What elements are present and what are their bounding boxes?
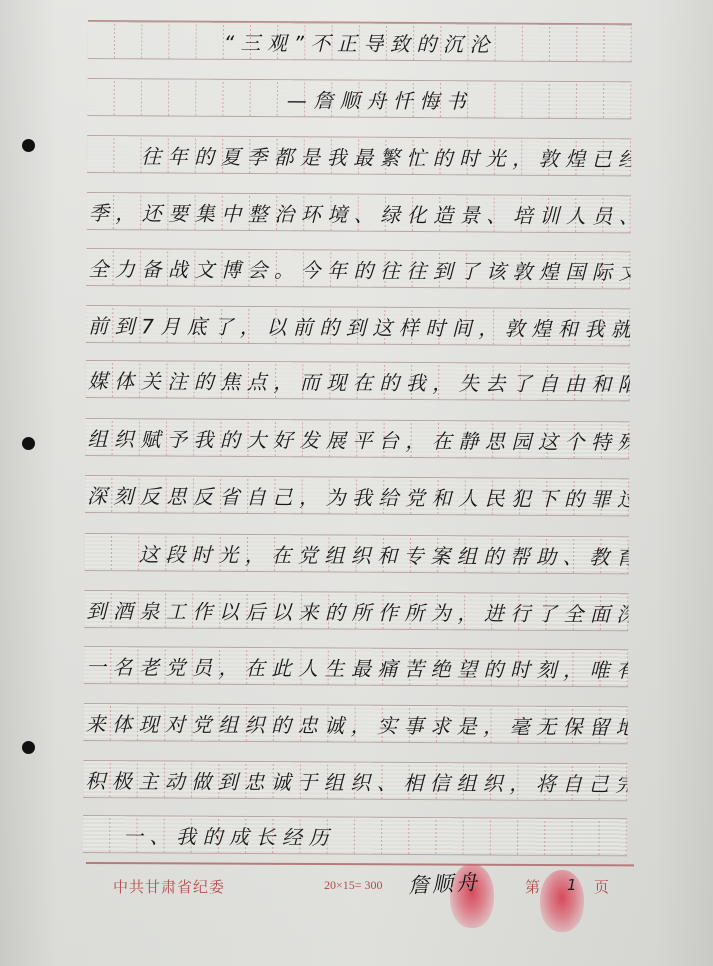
paragraph-line: 全力备战文博会。今年的往往到了该敦煌国际文化博览会提 [86, 249, 630, 288]
binder-hole-icon [22, 139, 35, 152]
grid-spec-label: 20×15= 300 [324, 878, 383, 893]
document-title: “三观”不正导致的沉沦 [88, 22, 632, 61]
author-line: —詹顺舟忏悔书 [87, 79, 631, 118]
grid-row: 到酒泉工作以后以来的所作所为，进行了全面深刻的反省。作为 [84, 590, 628, 631]
page-label-prefix: 第 [525, 876, 540, 897]
section-heading: 一、我的成长经历 [83, 816, 627, 855]
page-label-suffix: 页 [594, 876, 609, 897]
paragraph-line: 来体现对党组织的忠诚，实事求是，毫无保留地认错悔罪， [84, 704, 628, 743]
binder-hole-icon [22, 437, 35, 450]
manuscript-grid: “三观”不正导致的沉沦 —詹顺舟忏悔书 往年的夏季都是我最繁忙的时光，敦煌已经旅… [83, 20, 632, 865]
grid-row: 一名老党员，在此人生最痛苦绝望的时刻，唯有以自己的坦诚 [84, 646, 628, 687]
paragraph-line: 深刻反思反省自己，为我给党和人民犯下的罪过而忏悔！ [85, 476, 629, 515]
paragraph-line: 往年的夏季都是我最繁忙的时光，敦煌已经旅游旺 [87, 136, 631, 175]
grid-row: 这段时光，在党组织和专案组的帮助、教育下，我对自己 [85, 533, 629, 574]
paragraph-line: 一名老党员，在此人生最痛苦绝望的时刻，唯有以自己的坦诚 [84, 647, 628, 686]
grid-row: 全力备战文博会。今年的往往到了该敦煌国际文化博览会提 [86, 248, 630, 289]
handwritten-signature: 詹顺舟 [407, 866, 480, 900]
grid-row: 媒体关注的焦点，而现在的我，失去了自由和阳光，失去了 [86, 360, 630, 401]
grid-row-author: —詹顺舟忏悔书 [87, 78, 631, 119]
grid-row-section-heading: 一、我的成长经历 [83, 815, 627, 856]
paragraph-line: 媒体关注的焦点，而现在的我，失去了自由和阳光，失去了 [86, 361, 630, 400]
organization-label: 中共甘肃省纪委 [113, 876, 225, 897]
paragraph-line: 这段时光，在党组织和专案组的帮助、教育下，我对自己 [85, 534, 629, 573]
grid-row: 来体现对党组织的忠诚，实事求是，毫无保留地认错悔罪， [84, 703, 628, 744]
grid-row: 深刻反思反省自己，为我给党和人民犯下的罪过而忏悔！ [85, 475, 629, 516]
grid-row: 季，还要集中整治环境、绿化造景、培训人员、协助布展， [87, 192, 631, 233]
page-footer: 中共甘肃省纪委 20×15= 300 第 1 页 [0, 876, 713, 906]
grid-row: 积极主动做到忠诚于组织、相信组织，将自己完全交给组织。 [83, 760, 627, 801]
paragraph-line: 到酒泉工作以后以来的所作所为，进行了全面深刻的反省。作为 [84, 591, 628, 630]
binder-hole-icon [22, 741, 35, 754]
grid-row: 组织赋予我的大好发展平台，在静思园这个特殊的地方， [85, 418, 629, 459]
paragraph-line: 季，还要集中整治环境、绿化造景、培训人员、协助布展， [87, 193, 631, 232]
page-number: 1 [567, 876, 577, 894]
grid-row: 前到7月底了，以前的到这样时间，敦煌和我就都成了 [86, 305, 630, 346]
grid-row: 往年的夏季都是我最繁忙的时光，敦煌已经旅游旺 [87, 135, 631, 176]
paragraph-line: 组织赋予我的大好发展平台，在静思园这个特殊的地方， [85, 419, 629, 458]
grid-row-title: “三观”不正导致的沉沦 [88, 21, 632, 62]
paragraph-line: 积极主动做到忠诚于组织、相信组织，将自己完全交给组织。 [83, 761, 627, 800]
paragraph-line: 前到7月底了，以前的到这样时间，敦煌和我就都成了 [86, 306, 630, 345]
